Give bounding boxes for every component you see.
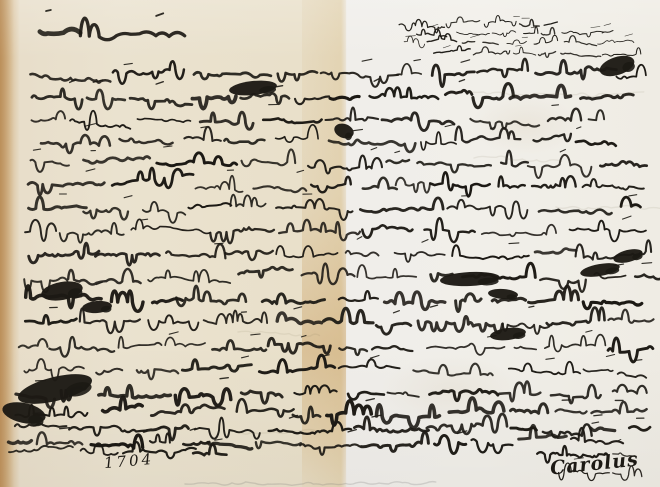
manuscript-photo: 1704 Carolus [0, 0, 660, 487]
show-through-mark [238, 331, 319, 336]
show-through-mark [185, 482, 436, 486]
show-through-mark [556, 206, 660, 210]
ink-blot [332, 121, 356, 141]
show-through-mark [474, 156, 562, 162]
handwriting-layer [0, 0, 660, 487]
